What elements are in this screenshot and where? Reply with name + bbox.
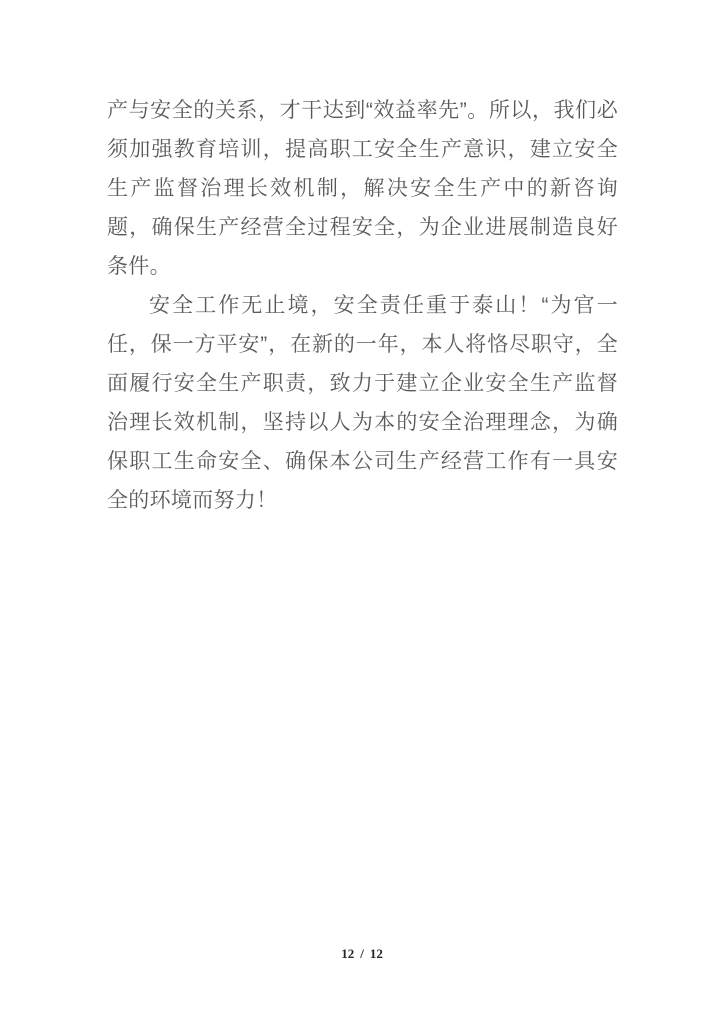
page-footer: 12 / 12 (0, 944, 724, 964)
document-body: 产与安全的关系，才干达到“效益率先”。所以，我们必须加强教育培训，提高职工安全生… (107, 91, 618, 520)
paragraph-2: 安全工作无止境，安全责任重于泰山！“为官一任，保一方平安”，在新的一年，本人将恪… (107, 286, 618, 520)
document-page: 产与安全的关系，才干达到“效益率先”。所以，我们必须加强教育培训，提高职工安全生… (0, 0, 724, 1024)
page-number-separator: / (360, 946, 364, 962)
page-number-current: 12 (341, 946, 354, 962)
page-number-total: 12 (370, 946, 383, 962)
paragraph-1: 产与安全的关系，才干达到“效益率先”。所以，我们必须加强教育培训，提高职工安全生… (107, 91, 618, 286)
